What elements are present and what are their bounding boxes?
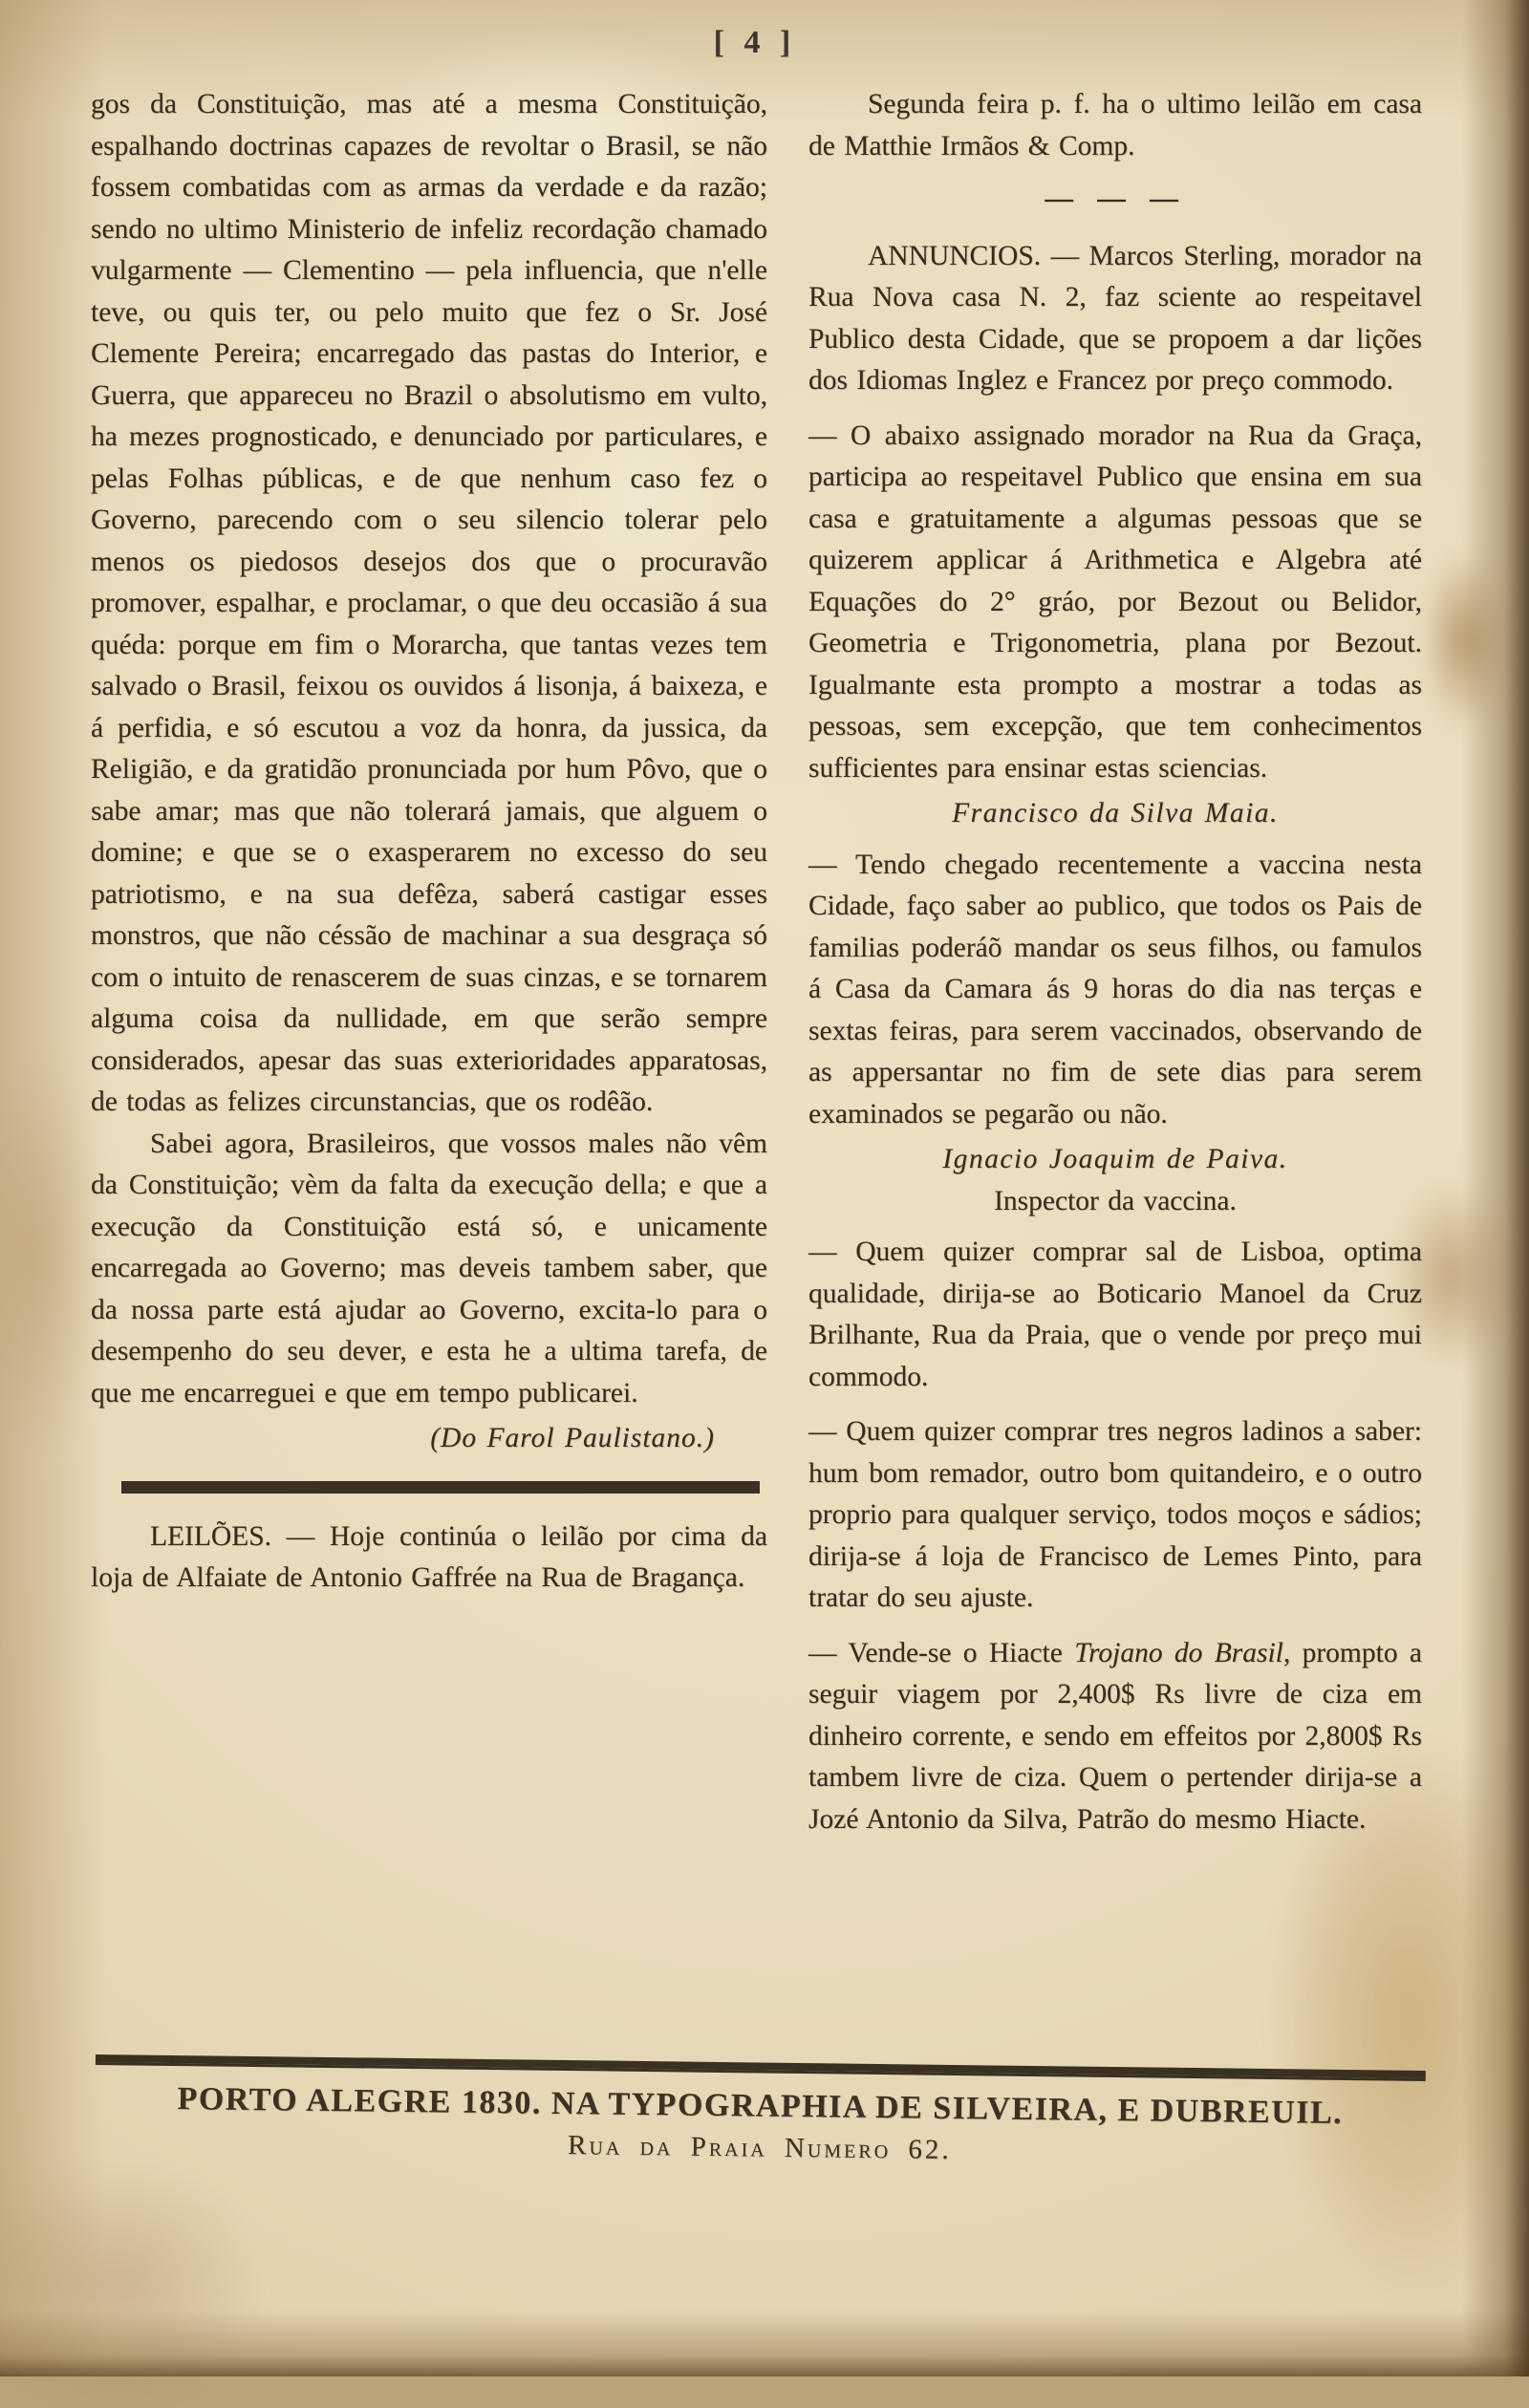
footer-imprint-block: PORTO ALEGRE 1830. NA TYPOGRAPHIA DE SIL… — [95, 2054, 1426, 2172]
article-paragraph-1: gos da Constituição, mas até a mesma Con… — [91, 84, 767, 1124]
annuncio-negros: — Quem quizer comprar tres negros ladino… — [808, 1411, 1422, 1620]
paper-stain — [0, 1051, 105, 1452]
annuncio-sal: — Quem quizer comprar sal de Lisboa, opt… — [808, 1232, 1422, 1398]
address-line: Rua da Praia Numero 62. — [95, 2124, 1425, 2172]
annuncio-sterling: ANNUNCIOS. — Marcos Sterling, morador na… — [808, 236, 1422, 402]
footer-rule — [96, 2054, 1426, 2081]
signature-ignacio-joaquim-de-paiva: Ignacio Joaquim de Paiva. — [808, 1139, 1422, 1181]
imprint-line: PORTO ALEGRE 1830. NA TYPOGRAPHIA DE SIL… — [95, 2080, 1425, 2133]
annuncio-professor: — O abaixo assignado morador na Rua da G… — [808, 416, 1422, 790]
hiacte-text-prefix: — Vende-se o Hiacte — [808, 1638, 1074, 1668]
signature-francisco-da-silva-maia: Francisco da Silva Maia. — [808, 793, 1422, 835]
article-attribution: (Do Farol Paulistano.) — [91, 1418, 767, 1460]
hiacte-vessel-name: Trojano do Brasil — [1074, 1638, 1283, 1668]
section-rule — [121, 1481, 760, 1494]
paper-stain — [1422, 549, 1508, 731]
newspaper-page: [ 4 ] gos da Constituição, mas até a mes… — [0, 0, 1529, 2376]
article-paragraph-2: Sabei agora, Brasileiros, que vossos mal… — [91, 1124, 767, 1415]
right-column: Segunda feira p. f. ha o ultimo leilão e… — [808, 84, 1422, 1840]
paper-stain — [0, 2160, 268, 2376]
left-column: gos da Constituição, mas até a mesma Con… — [91, 84, 767, 1600]
page-number: [ 4 ] — [0, 25, 1510, 61]
section-divider: — — — — [808, 179, 1422, 221]
auction-notice: Segunda feira p. f. ha o ultimo leilão e… — [808, 84, 1422, 167]
leiloes-notice: LEILÕES. — Hoje continúa o leilão por ci… — [91, 1516, 767, 1600]
annuncio-vaccina: — Tendo chegado recentemente a vaccina n… — [808, 845, 1422, 1136]
signature-role-inspector: Inspector da vaccina. — [808, 1181, 1422, 1223]
annuncio-hiacte: — Vende-se o Hiacte Trojano do Brasil, p… — [808, 1633, 1422, 1841]
